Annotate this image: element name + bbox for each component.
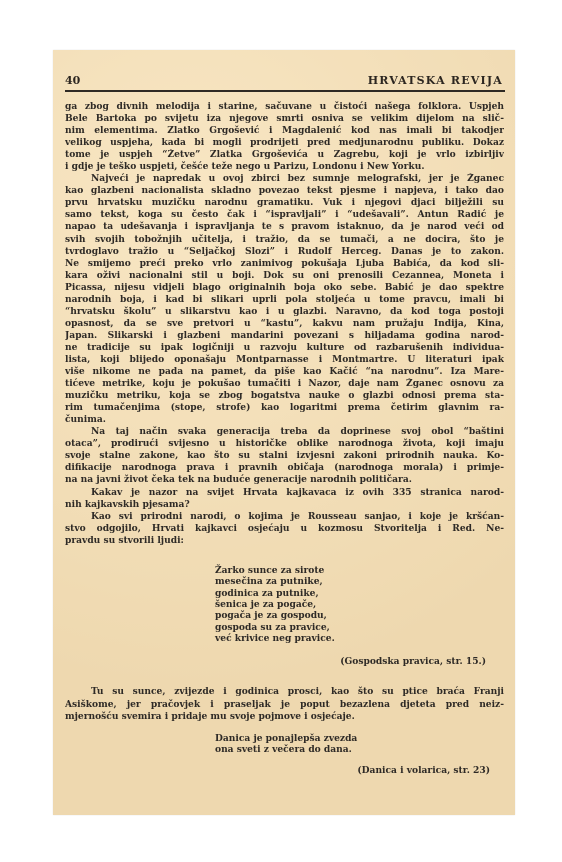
- text-line: ga zbog divnih melodija i starine, sačuv…: [65, 101, 504, 113]
- text-line: velikog uspjeha, kada bi mogli prodrijet…: [65, 137, 504, 149]
- text-line: više nikome ne pada na pamet, da piše ka…: [65, 366, 504, 378]
- text-line: Tu su sunce, zvijezde i godinica prosci,…: [65, 686, 504, 698]
- text-line: muzičku metriku, koja se zbog bogatstva …: [65, 390, 504, 402]
- text-line: prvu hrvatsku muzičku narodnu gramatiku.…: [65, 197, 504, 209]
- text-line: i gdje je teško uspjeti, češće teže nego…: [65, 161, 504, 173]
- paragraph-4: Kakav je nazor na svijet Hrvata kajkavac…: [65, 487, 504, 511]
- text-line: tićeve metrike, koju je pokušao tumačiti…: [65, 378, 504, 390]
- scanned-page: 40 HRVATSKA REVIJA ga zbog divnih melodi…: [53, 50, 515, 815]
- text-line: Asiškome, jer pračovjek i praseljak je p…: [65, 699, 504, 711]
- text-line: difikacije narodnoga prava i pravnih obi…: [65, 462, 504, 474]
- text-line: tome je uspjeh “Žetve” Zlatka Grgoševića…: [65, 149, 504, 161]
- text-line: Na taj način svaka generacija treba da d…: [65, 426, 504, 438]
- text-line: nih kajkavskih pjesama?: [65, 499, 504, 511]
- text-line: kara oživi nacionalni stil u boji. Dok s…: [65, 270, 504, 282]
- text-line: čunima.: [65, 414, 504, 426]
- text-line: Bele Bartoka po svijetu iza njegove smrt…: [65, 113, 504, 125]
- text-line: Japan. Slikarski i glazbeni mandarini po…: [65, 330, 504, 342]
- poem-line: mesečina za putnike,: [215, 576, 504, 587]
- poem-citation: (Gospodska pravica, str. 15.): [65, 656, 504, 670]
- article-body: ga zbog divnih melodija i starine, sačuv…: [65, 101, 504, 777]
- text-line: napao ta udešavanja i ispravljanja te s …: [65, 221, 504, 233]
- text-line: pravdu su stvorili ljudi:: [65, 535, 504, 547]
- text-line: svoje stalne zakone, kao što su stalni i…: [65, 450, 504, 462]
- text-line: otaca”, prodirući svijesno u historičke …: [65, 438, 504, 450]
- poem-line: gospoda su za pravice,: [215, 622, 504, 633]
- text-line: Kakav je nazor na svijet Hrvata kajkavac…: [65, 487, 504, 499]
- poem-line: Danica je ponajlepša zvezda: [215, 733, 504, 744]
- text-line: svih svojih tobožnjih učitelja, i tražio…: [65, 234, 504, 246]
- text-line: mjernošću svemira i pridaje mu svoje poj…: [65, 711, 504, 723]
- text-line: tvrdoglavo tražio u “Seljačkoj Slozi” i …: [65, 246, 504, 258]
- text-line: stvo odgojilo, Hrvati kajkavci osjećaju …: [65, 523, 504, 535]
- text-line: nim elementima. Zlatko Grgošević i Magda…: [65, 125, 504, 137]
- text-line: lista, koji blijedo oponašaju Montparnas…: [65, 354, 504, 366]
- poem-citation: (Danica i volarica, str. 23): [65, 765, 504, 777]
- page-number: 40: [65, 74, 80, 87]
- poem-line: Žarko sunce za sirote: [215, 565, 504, 576]
- paragraph-2: Najveći je napredak u ovoj zbirci bez su…: [65, 173, 504, 426]
- poem-line: već krivice neg pravice.: [215, 633, 504, 644]
- text-line: rim tumačenjima (stope, strofe) kao loga…: [65, 402, 504, 414]
- header-rule: [65, 90, 505, 92]
- paragraph-3: Na taj način svaka generacija treba da d…: [65, 426, 504, 486]
- paragraph-5: Kao svi prirodni narodi, o kojima je Rou…: [65, 511, 504, 547]
- poem-danica: Danica je ponajlepša zvezda ona sveti z …: [65, 733, 504, 756]
- text-line: na na javni život čeka tek na buduće gen…: [65, 474, 504, 486]
- text-line: opasnost, da se sve pretvori u “kastu”, …: [65, 318, 504, 330]
- text-line: Picassa, nijesu vidjeli blago originalni…: [65, 282, 504, 294]
- text-line: Najveći je napredak u ovoj zbirci bez su…: [65, 173, 504, 185]
- text-line: narodnih boja, i kad bi slikari uprli po…: [65, 294, 504, 306]
- journal-title: HRVATSKA REVIJA: [368, 74, 503, 87]
- poem-line: šenica je za pogače,: [215, 599, 504, 610]
- spacer: [65, 670, 504, 686]
- text-line: kao glazbeni nacionalista skladno poveza…: [65, 185, 504, 197]
- text-line: Kao svi prirodni narodi, o kojima je Rou…: [65, 511, 504, 523]
- running-header: 40 HRVATSKA REVIJA: [65, 72, 505, 90]
- paragraph-6: Tu su sunce, zvijezde i godinica prosci,…: [65, 686, 504, 722]
- text-line: Ne smijemo preći preko vrlo zanimivog po…: [65, 258, 504, 270]
- text-line: samo tekst, koga su često čak i “ispravl…: [65, 209, 504, 221]
- poem-line: pogača je za gospodu,: [215, 610, 504, 621]
- poem-gospodska-pravica: Žarko sunce za sirote mesečina za putnik…: [65, 565, 504, 645]
- paragraph-1: ga zbog divnih melodija i starine, sačuv…: [65, 101, 504, 173]
- text-line: “hrvatsku školu” u slikarstvu kao i u gl…: [65, 306, 504, 318]
- poem-line: godinica za putnike,: [215, 588, 504, 599]
- text-line: ne tradicije su ipak logičniji u razvoju…: [65, 342, 504, 354]
- poem-line: ona sveti z večera do dana.: [215, 744, 504, 755]
